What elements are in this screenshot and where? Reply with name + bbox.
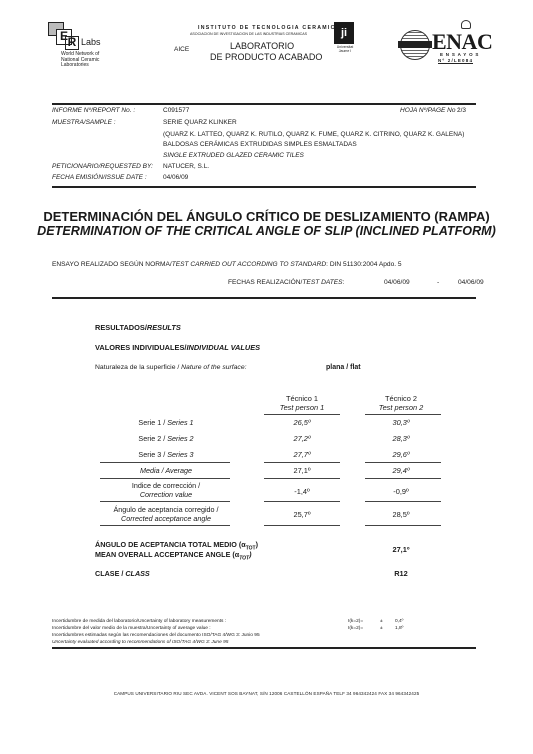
row-label-series-1: Serie 1 / Series 1 <box>102 418 230 427</box>
table-line <box>264 501 340 502</box>
uji-logo-text: Universitat Jaume I <box>333 45 357 53</box>
cell-corrected-person-2: 28,5º <box>361 510 441 519</box>
individual-values-heading: VALORES INDIVIDUALES/INDIVIDUAL VALUES <box>95 343 260 352</box>
table-line <box>365 462 441 463</box>
table-line <box>264 525 340 526</box>
uncertainty-average-k: I(k=2)= <box>348 625 363 632</box>
title-english: DETERMINATION OF THE CRITICAL ANGLE OF S… <box>0 224 533 238</box>
info-divider <box>52 186 476 188</box>
title-spanish: DETERMINACIÓN DEL ÁNGULO CRÍTICO DE DESL… <box>0 209 533 224</box>
surface-nature-value: plana / flat <box>326 364 361 371</box>
mean-overall-value: 27,1º <box>361 545 441 554</box>
table-line <box>365 525 441 526</box>
row-label-corrected-angle: Ángulo de aceptancia corregido / Correct… <box>96 505 236 523</box>
table-line <box>264 478 340 479</box>
laboratory-subtitle: DE PRODUCTO ACABADO <box>210 52 322 62</box>
sample-line-1: SERIE QUARZ KLINKER <box>163 118 237 128</box>
test-date-to: 04/06/09 <box>458 279 484 286</box>
page-number-value: 2/3 <box>457 106 466 116</box>
table-line <box>100 525 230 526</box>
sample-label: MUESTRA/SAMPLE : <box>52 118 116 128</box>
cell-series-3-person-2: 29,6º <box>361 450 441 459</box>
uncertainty-average-pm: ± <box>380 625 383 632</box>
uncertainty-average-value: 1,8º <box>395 625 403 632</box>
uji-logo: ji <box>334 22 354 44</box>
test-date-from: 04/06/09 <box>384 279 410 286</box>
table-line <box>100 478 230 479</box>
uncertainty-lab-value: 0,4º <box>395 618 403 625</box>
cell-corrected-person-1: 25,7º <box>262 510 342 519</box>
column-header-test-person-1: Técnico 1 Test person 1 <box>262 394 342 412</box>
table-line <box>365 501 441 502</box>
uncertainty-note-en: Uncertainty evaluated according to recom… <box>52 639 228 646</box>
uncertainty-average-label: Incertidumbre del valor medio de la mues… <box>52 625 211 632</box>
uncertainty-lab-pm: ± <box>380 618 383 625</box>
issue-date-label: FECHA EMISIÓN/ISSUE DATE : <box>52 173 147 183</box>
enac-number: Nº 2/LE084 <box>438 58 473 64</box>
row-label-series-3: Serie 3 / Series 3 <box>102 450 230 459</box>
table-line <box>365 414 441 415</box>
row-label-correction: Indice de corrección / Correction value <box>102 481 230 499</box>
cer-labs-subtitle: World Network of National Ceramic Labora… <box>61 52 121 69</box>
surface-nature-label: Naturaleza de la superficie / Nature of … <box>95 364 247 371</box>
requested-by-value: NATUCER, S.L. <box>163 162 209 172</box>
row-label-average: Media / Average <box>102 466 230 475</box>
laboratory-title: LABORATORIO <box>230 41 294 51</box>
table-line <box>100 501 230 502</box>
cell-series-2-person-1: 27,2º <box>262 434 342 443</box>
cell-correction-person-1: -1,4º <box>262 487 342 496</box>
itc-subtitle: ASOCIACION DE INVESTIGACION DE LAS INDUS… <box>190 32 307 36</box>
report-number-label: INFORME Nº/REPORT No. : <box>52 106 135 116</box>
footer-address: CAMPUS UNIVERSITARIO RIU SEC AVDA. VICEN… <box>0 691 533 696</box>
sample-line-4: SINGLE EXTRUDED GLAZED CERAMIC TILES <box>163 151 304 161</box>
cell-correction-person-2: -0,9º <box>361 487 441 496</box>
results-heading: RESULTADOS/RESULTS <box>95 323 181 332</box>
row-label-series-2: Serie 2 / Series 2 <box>102 434 230 443</box>
cell-series-1-person-2: 30,3º <box>361 418 441 427</box>
aice-label: AICE <box>174 46 189 53</box>
top-divider <box>52 103 476 105</box>
cell-series-2-person-2: 28,3º <box>361 434 441 443</box>
bottom-divider <box>52 647 476 649</box>
issue-date-value: 04/06/09 <box>163 173 188 183</box>
itc-title: INSTITUTO DE TECNOLOGIA CERAMICA <box>198 25 341 31</box>
report-number-value: C091577 <box>163 106 189 116</box>
page-number-label: HOJA Nº/PAGE No : <box>400 106 459 116</box>
table-line <box>264 414 340 415</box>
requested-by-label: PETICIONARIO/REQUESTED BY: <box>52 162 153 172</box>
ilac-logo-band <box>398 41 432 48</box>
sample-line-2: (QUARZ K. LATTEO, QUARZ K. RUTILO, QUARZ… <box>163 130 464 140</box>
cer-labs-logo: E R Labs World Network of National Ceram… <box>48 22 108 74</box>
mean-overall-label-en: MEAN OVERALL ACCEPTANCE ANGLE (αTOT) <box>95 550 252 561</box>
test-date-separator: - <box>437 279 439 286</box>
cell-series-1-person-1: 26,5º <box>262 418 342 427</box>
column-header-test-person-2: Técnico 2 Test person 2 <box>361 394 441 412</box>
standard-line: ENSAYO REALIZADO SEGÚN NORMA/TEST CARRIE… <box>52 261 402 268</box>
cell-average-person-1: 27,1º <box>262 466 342 475</box>
class-label: CLASE / CLASS <box>95 569 150 578</box>
crown-icon <box>461 20 471 29</box>
cell-series-3-person-1: 27,7º <box>262 450 342 459</box>
table-line <box>264 462 340 463</box>
table-line <box>365 478 441 479</box>
enac-ensayos: ENSAYOS <box>440 52 481 57</box>
cer-logo-r: R <box>65 36 79 50</box>
table-line <box>100 462 230 463</box>
uncertainty-lab-k: I(k=2)= <box>348 618 363 625</box>
cell-average-person-2: 29,4º <box>361 466 441 475</box>
class-value: R12 <box>361 569 441 578</box>
dates-divider <box>52 297 476 299</box>
cer-labs-text: Labs <box>81 37 101 47</box>
sample-line-3: BALDOSAS CERÁMICAS EXTRUDIDAS SIMPLES ES… <box>163 140 357 150</box>
uncertainty-lab-label: Incertidumbre de medida del laboratorio/… <box>52 618 226 625</box>
test-dates-label: FECHAS REALIZACIÓN/TEST DATES: <box>228 279 344 286</box>
uncertainty-note-es: Incertidumbres estimadas según las recom… <box>52 632 260 639</box>
